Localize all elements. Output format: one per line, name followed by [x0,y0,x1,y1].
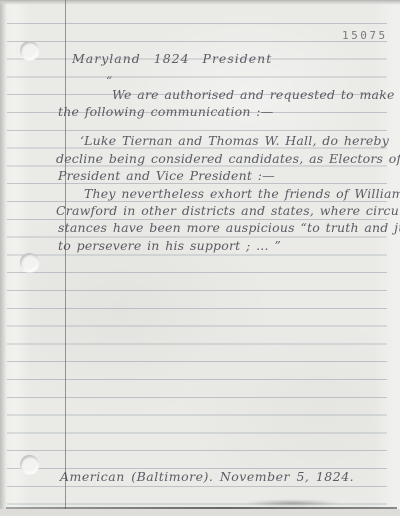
title-line: Maryland 1824 President [72,51,272,66]
handwritten-line: Crawford in other districts and states, … [56,203,400,218]
handwritten-line: to persevere in his support ; ... ” [58,238,281,253]
handwritten-line: stances have been more auspicious “to tr… [58,220,400,235]
citation-line: American (Baltimore). November 5, 1824. [60,469,354,484]
punch-hole-bottom [20,455,39,474]
scan-smudge [225,499,360,507]
punch-hole-middle [20,253,39,272]
handwritten-line: President and Vice President :— [58,168,275,183]
handwritten-line: ‘Luke Tiernan and Thomas W. Hall, do her… [80,133,389,148]
scan-background-strip [0,509,400,516]
scanned-manuscript-page: 15075 Maryland 1824 President “ We are a… [0,0,400,516]
handwritten-line: They nevertheless exhort the friends of … [84,186,400,201]
handwritten-line: the following communication :— [58,104,273,119]
opening-quote-mark: “ [106,74,112,88]
margin-line [65,0,66,509]
handwritten-line: We are authorised and requested to make [112,87,395,102]
punch-hole-top [20,41,39,60]
stamp-number: 15075 [342,29,388,42]
handwritten-line: decline being considered candidates, as … [56,151,400,166]
